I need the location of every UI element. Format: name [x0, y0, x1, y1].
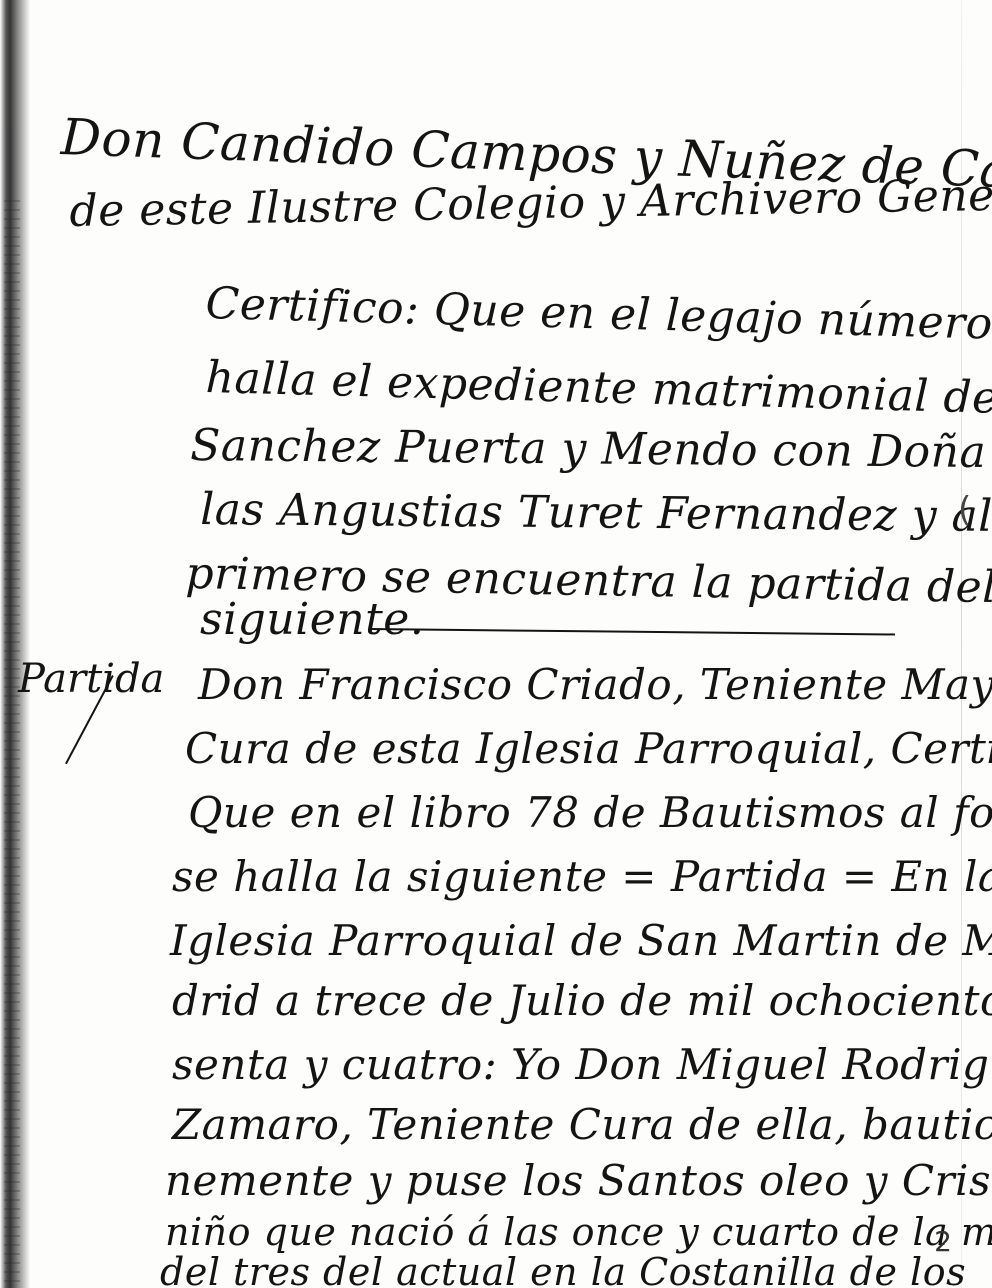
binding-shadow: [0, 0, 30, 1288]
page-number: 2: [934, 1225, 952, 1258]
certification-line-4: las Angustias Turet Fernandez y al folio: [200, 484, 992, 543]
certification-line-1: Certifico: Que en el legajo número se: [205, 278, 992, 351]
certification-line-3: Sanchez Puerta y Mendo con Doña María de: [190, 420, 992, 480]
header-line-2: de este Ilustre Colegio y Archivero Gene…: [69, 169, 992, 237]
partida-line-4: se halla la siguiente = Partida = En la: [172, 852, 992, 901]
partida-line-5: Iglesia Parroquial de San Martin de Ma-: [170, 916, 992, 965]
certification-line-2: halla el expediente matrimonial de Don D…: [205, 352, 992, 430]
partida-line-7: senta y cuatro: Yo Don Miguel Rodriguez: [172, 1040, 992, 1089]
partida-line-2: Cura de esta Iglesia Parroquial, Certifi…: [185, 724, 992, 773]
partida-line-10: niño que nació á las once y cuarto de la…: [165, 1210, 992, 1254]
edge-mark: (: [958, 490, 971, 530]
partida-line-11: del tres del actual en la Costanilla de …: [160, 1250, 966, 1288]
partida-line-8: Zamaro, Teniente Cura de ella, bauticé s…: [172, 1100, 992, 1149]
partida-line-9: nemente y puse los Santos oleo y Crisma …: [165, 1156, 992, 1205]
partida-line-6: drid a trece de Julio de mil ochocientos…: [172, 976, 992, 1025]
partida-line-3: Que en el libro 78 de Bautismos al folio…: [188, 788, 992, 837]
partida-line-1: Don Francisco Criado, Teniente Mayor de: [198, 660, 992, 709]
margin-note-partida: Partida: [18, 656, 164, 702]
certification-line-6: siguiente.: [200, 594, 424, 645]
manuscript-page: Don Candido Campos y Nuñez de Castro, Ab…: [0, 0, 992, 1288]
closing-rule: [370, 628, 895, 635]
